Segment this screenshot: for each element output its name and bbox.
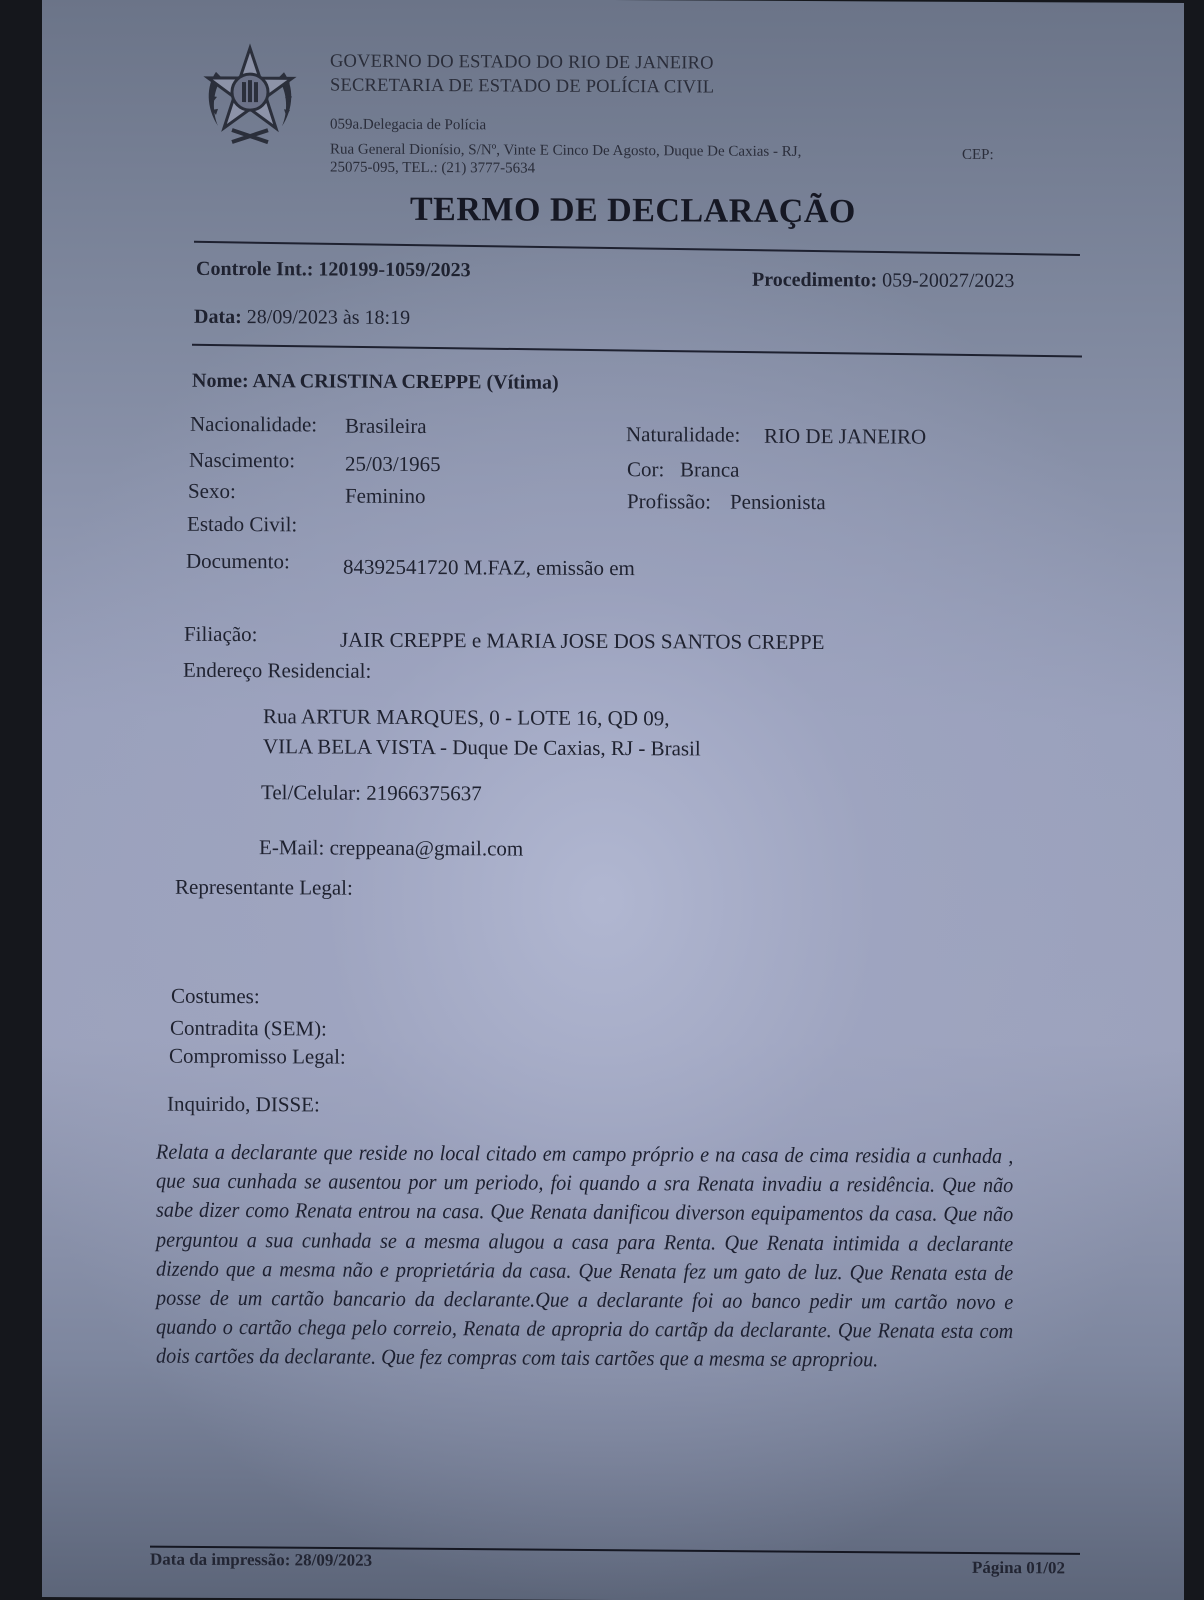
document-page: GOVERNO DO ESTADO DO RIO DE JANEIRO SECR… [42, 0, 1184, 1600]
field-label-estado-civil: Estado Civil: [187, 512, 297, 538]
field-label-naturalidade: Naturalidade: [626, 422, 740, 448]
field-value-profissao: Pensionista [730, 490, 826, 516]
declaration-date: Data: 28/09/2023 às 18:19 [194, 306, 410, 330]
field-label-nascimento: Nascimento: [189, 448, 295, 474]
compromisso-label: Compromisso Legal: [169, 1044, 346, 1070]
contradita-label: Contradita (SEM): [170, 1016, 327, 1042]
field-label-nacionalidade: Nacionalidade: [190, 412, 317, 438]
address-line-1: Rua ARTUR MARQUES, 0 - LOTE 16, QD 09, [263, 704, 670, 731]
cep-label: CEP: [962, 147, 994, 164]
phone-number: Tel/Celular: 21966375637 [261, 780, 482, 806]
field-value-nascimento: 25/03/1965 [345, 452, 441, 478]
precinct-address: Rua General Dionísio, S/Nº, Vinte E Cinc… [330, 142, 801, 161]
statement-text: Relata a declarante que reside no local … [156, 1138, 1013, 1376]
control-number: Controle Int.: 120199-1059/2023 [196, 258, 471, 282]
email-address: E-Mail: creppeana@gmail.com [259, 835, 523, 861]
field-label-documento: Documento: [186, 549, 290, 575]
field-label-sexo: Sexo: [188, 479, 236, 504]
field-value-cor: Branca [680, 457, 739, 482]
document-title: TERMO DE DECLARAÇÃO [410, 191, 856, 231]
secretariat-name: SECRETARIA DE ESTADO DE POLÍCIA CIVIL [330, 76, 714, 99]
field-value-filiacao: JAIR CREPPE e MARIA JOSE DOS SANTOS CREP… [340, 628, 824, 656]
government-name: GOVERNO DO ESTADO DO RIO DE JANEIRO [330, 52, 714, 75]
cep-phone: 25075-095, TEL.: (21) 3777-5634 [330, 160, 535, 178]
address-line-2: VILA BELA VISTA - Duque De Caxias, RJ - … [263, 734, 701, 761]
costumes-label: Costumes: [171, 984, 260, 1009]
legal-representative-label: Representante Legal: [175, 875, 353, 901]
field-label-filiacao: Filiação: [184, 622, 257, 647]
divider [194, 241, 1080, 256]
person-name: Nome: ANA CRISTINA CREPPE (Vítima) [192, 370, 559, 395]
field-label-cor: Cor: [627, 457, 664, 482]
field-value-documento: 84392541720 M.FAZ, emissão em [343, 555, 635, 582]
procedure-number: Procedimento: 059-20027/2023 [752, 269, 1014, 293]
field-label-profissao: Profissão: [627, 489, 711, 514]
police-crest-icon [202, 42, 298, 153]
field-value-sexo: Feminino [345, 484, 426, 509]
page-number: Página 01/02 [972, 1558, 1065, 1578]
inquirido-label: Inquirido, DISSE: [167, 1092, 320, 1118]
field-value-naturalidade: RIO DE JANEIRO [764, 424, 926, 450]
print-date: Data da impressão: 28/09/2023 [150, 1550, 372, 1571]
precinct-name: 059a.Delegacia de Polícia [330, 117, 486, 135]
field-label-endereco: Endereço Residencial: [183, 658, 371, 684]
divider [192, 344, 1082, 358]
field-value-nacionalidade: Brasileira [345, 414, 427, 439]
